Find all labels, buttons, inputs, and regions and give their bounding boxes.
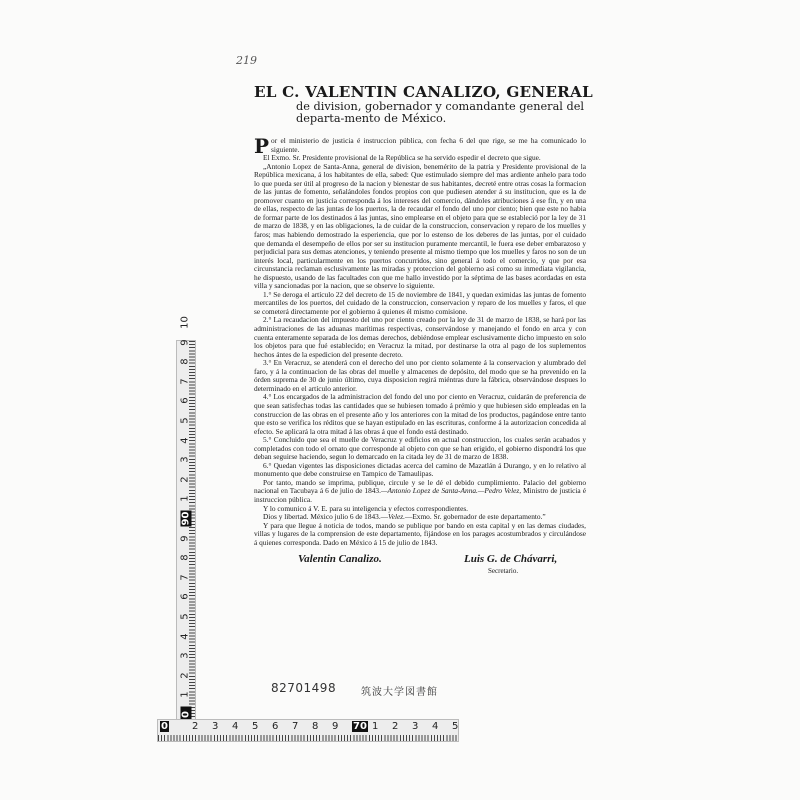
ruler-label: 7: [180, 374, 191, 388]
vertical-ruler: 01234567899012345678910: [176, 340, 196, 724]
ruler-label: 5: [180, 610, 191, 624]
ruler-label: 2: [192, 721, 198, 732]
final-paragraph: Y para que llegue á noticia de todos, ma…: [254, 522, 586, 548]
closing-paragraph: Por tanto, mando se imprima, publique, c…: [254, 479, 586, 505]
ruler-label: 10: [180, 316, 191, 330]
ruler-label: 2: [180, 668, 191, 682]
ruler-label: 4: [432, 721, 438, 732]
ruler-label: 6: [180, 394, 191, 408]
ruler-label: 5: [452, 721, 458, 732]
folio-number: 219: [236, 54, 257, 67]
ruler-label: 4: [180, 433, 191, 447]
scanned-page: 219 EL C. VALENTIN CANALIZO, GENERAL de …: [0, 0, 800, 800]
ruler-label: 4: [232, 721, 238, 732]
ruler-label: 8: [312, 721, 318, 732]
ruler-ticks: [158, 735, 458, 741]
drop-cap: P: [254, 138, 269, 154]
decree-subtitle: de division, gobernador y comandante gen…: [254, 101, 586, 125]
ruler-label: 8: [180, 551, 191, 565]
decree-paragraph: „Antonio Lopez de Santa-Anna, general de…: [254, 163, 586, 291]
ruler-label: 9: [180, 335, 191, 349]
ruler-label: 6: [272, 721, 278, 732]
library-stamp: 筑波大学図書館: [361, 683, 438, 698]
article-2: 2.° La recaudacion del impuesto del uno …: [254, 316, 586, 359]
signature-left: Valentin Canalizo.: [298, 553, 382, 565]
decree-body: Por el ministerio de justicia é instrucc…: [254, 137, 586, 547]
horizontal-ruler: 0234567897012345: [157, 719, 459, 742]
ruler-label: 1: [180, 688, 191, 702]
ruler-label: 90: [181, 511, 192, 527]
ruler-label: 9: [332, 721, 338, 732]
ruler-label: 8: [180, 355, 191, 369]
ruler-label: 2: [180, 472, 191, 486]
ruler-label: 1: [372, 721, 378, 732]
article-1: 1.° Se deroga el artículo 22 del decreto…: [254, 291, 586, 317]
ruler-label: 2: [392, 721, 398, 732]
ruler-label: 4: [180, 629, 191, 643]
ruler-label: 3: [180, 649, 191, 663]
ruler-label: 5: [180, 414, 191, 428]
intro-paragraph: Por el ministerio de justicia é instrucc…: [254, 137, 586, 154]
ruler-label: 6: [180, 590, 191, 604]
ruler-label: 70: [352, 721, 368, 732]
decree-document: EL C. VALENTIN CANALIZO, GENERAL de divi…: [254, 84, 586, 583]
ruler-label: 3: [180, 453, 191, 467]
library-call-number: 82701498: [271, 681, 336, 695]
article-3: 3.° En Veracruz, se atenderá con el dere…: [254, 359, 586, 393]
decree-title: EL C. VALENTIN CANALIZO, GENERAL: [254, 84, 586, 101]
signature-role: Secretario.: [488, 567, 518, 575]
ruler-label: 5: [252, 721, 258, 732]
ruler-label: 3: [212, 721, 218, 732]
article-6: 6.° Quedan vigentes las disposiciones di…: [254, 462, 586, 479]
signatures: Valentin Canalizo. Luis G. de Chávarri, …: [254, 553, 586, 583]
ruler-label: 1: [180, 492, 191, 506]
article-4: 4.° Los encargados de la administracion …: [254, 393, 586, 436]
ruler-label: 9: [180, 531, 191, 545]
signature-right: Luis G. de Chávarri,: [464, 553, 557, 565]
ruler-label: 0: [160, 721, 169, 732]
ruler-label: 7: [180, 570, 191, 584]
article-5: 5.° Concluido que sea el muelle de Verac…: [254, 436, 586, 462]
ruler-label: 3: [412, 721, 418, 732]
ruler-label: 7: [292, 721, 298, 732]
